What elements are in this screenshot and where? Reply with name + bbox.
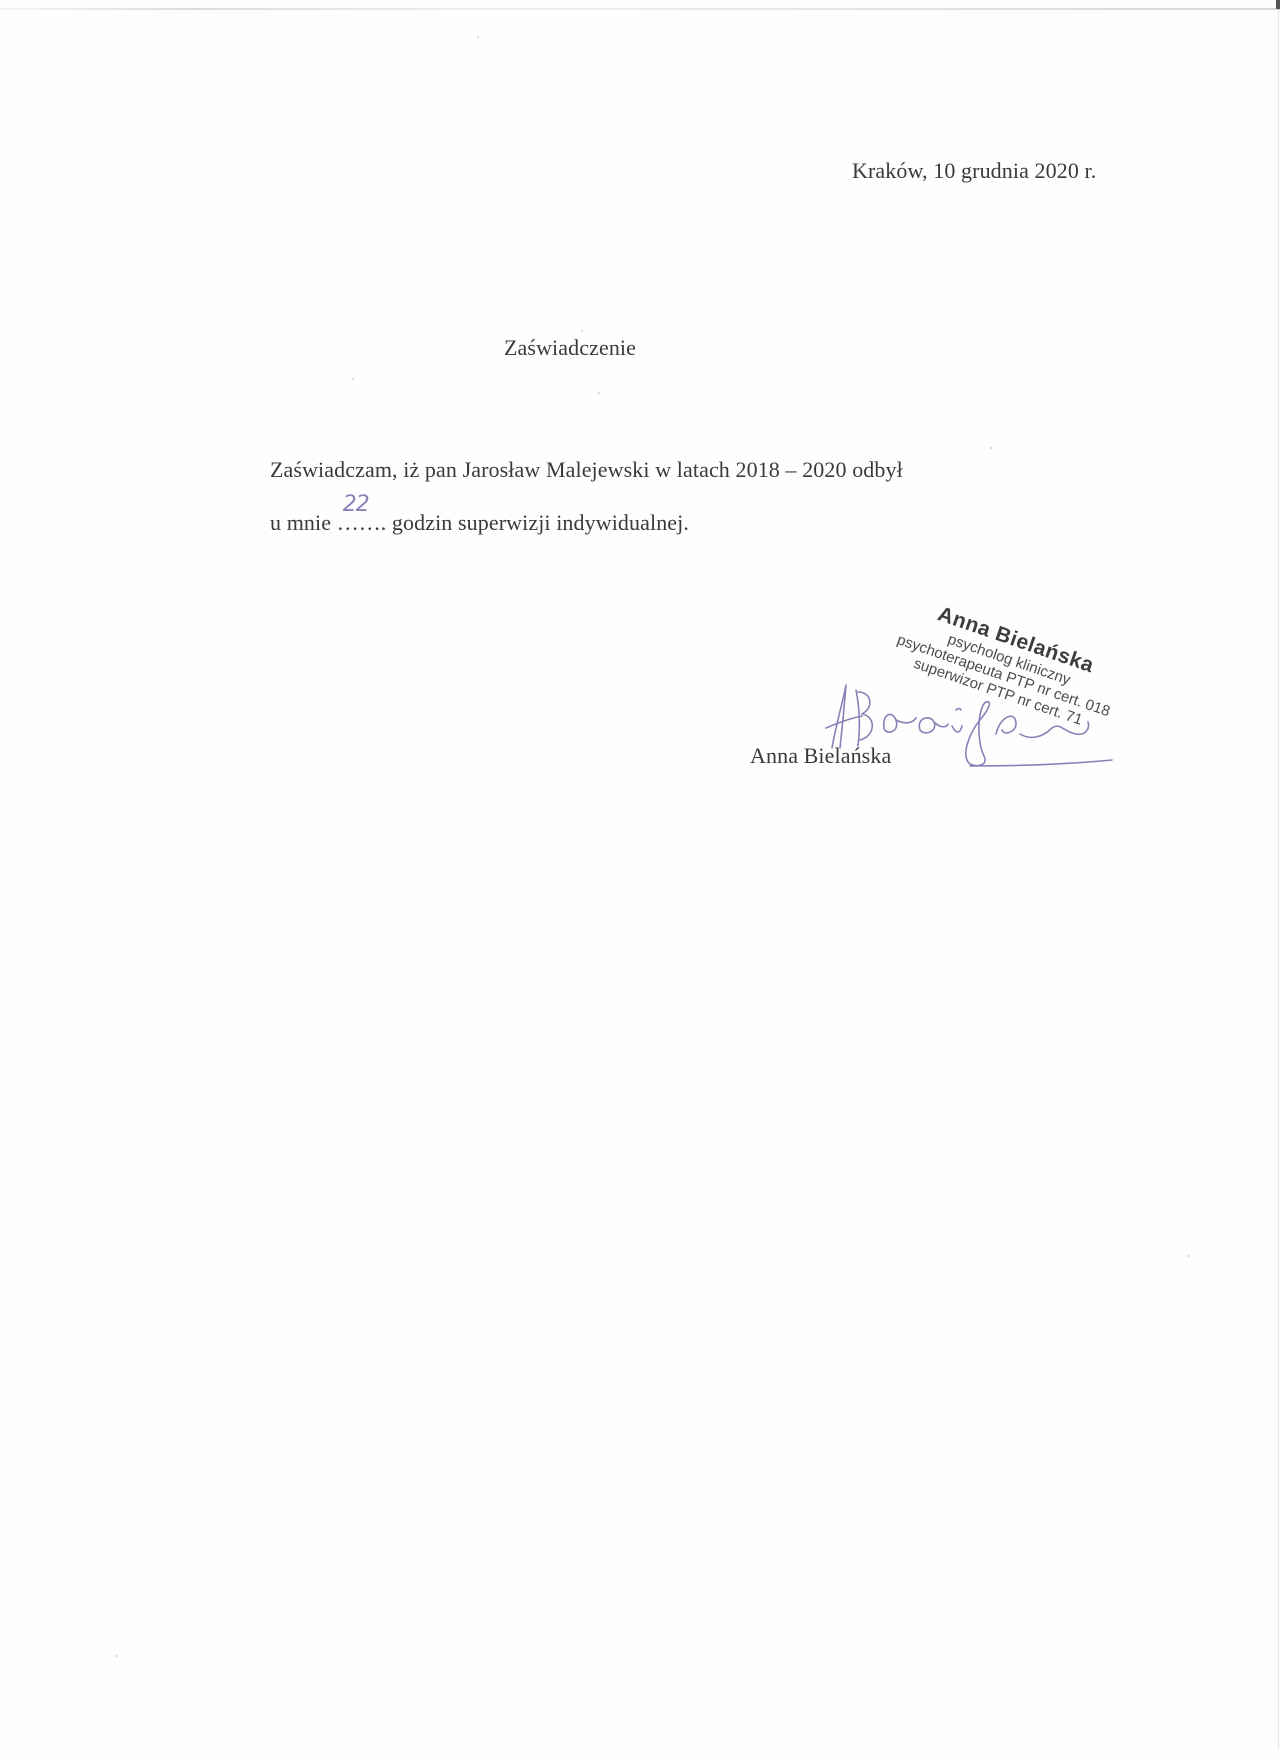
scan-right-edge — [1278, 10, 1279, 1750]
scan-corner-mark — [1276, 0, 1280, 9]
certificate-body-line-1: Zaświadczam, iż pan Jarosław Malejewski … — [270, 457, 903, 483]
handwritten-hours: 22 — [343, 492, 369, 517]
body-line-2-suffix: . godzin superwizji indywidualnej. — [381, 510, 689, 535]
hours-fill-in-blank: ……22 — [337, 510, 381, 535]
document-title: Zaświadczenie — [504, 335, 636, 361]
body-line-2-prefix: u mnie — [270, 510, 337, 535]
place-and-date: Kraków, 10 grudnia 2020 r. — [852, 158, 1096, 184]
scanned-document-page: Kraków, 10 grudnia 2020 r. Zaświadczenie… — [0, 0, 1280, 1760]
signatory-name: Anna Bielańska — [750, 743, 891, 769]
certificate-body-line-2: u mnie ……22. godzin superwizji indywidua… — [270, 510, 689, 536]
scan-top-edge — [0, 8, 1280, 10]
